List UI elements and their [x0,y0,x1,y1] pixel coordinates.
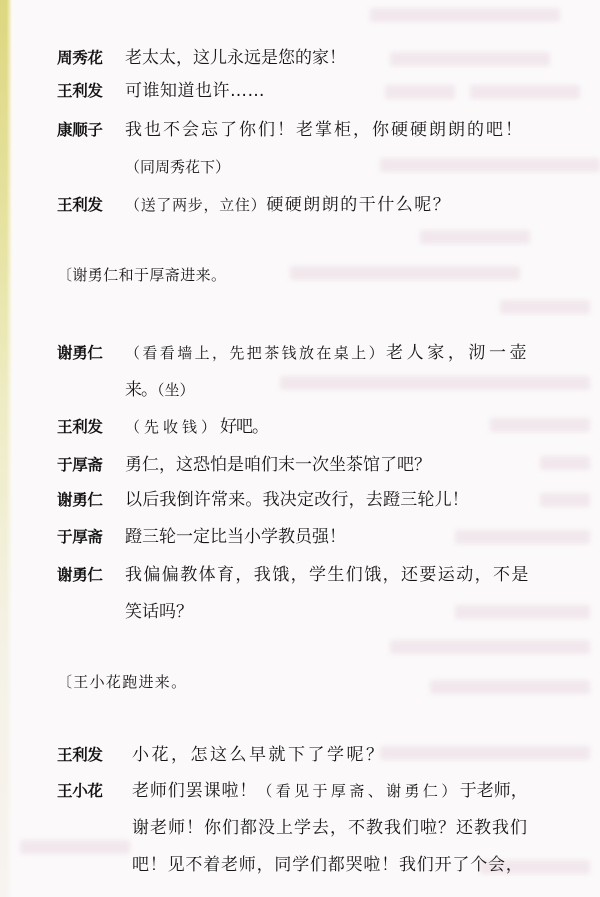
speech-segment: 老人家，沏一壶 [386,343,530,363]
speech-text: 来。（坐） [125,378,195,402]
speaker-name: 于厚斋 [57,453,103,477]
speech-segment: 勇仁，这恐怕是咱们末一次坐茶馆了吧？ [125,455,431,475]
speech-text: （先收钱）好吧。 [125,415,268,439]
speech-segment: 好吧。 [220,417,268,437]
speech-text: （看看墙上，先把茶钱放在桌上）老人家，沏一壶 [125,341,530,365]
stage-direction: 〔谢勇仁和于厚斋进来。 [57,263,226,287]
speech-segment: 笑话吗？ [125,602,193,622]
speech-segment: 硬硬朗朗的干什么呢？ [266,195,451,215]
direction-segment: （先收钱） [125,418,220,436]
speech-text: 勇仁，这恐怕是咱们末一次坐茶馆了吧？ [125,453,431,477]
speaker-name: 王利发 [57,79,103,103]
speech-segment: 我也不会忘了你们！老掌柜，你硬硬朗朗的吧！ [125,120,524,140]
direction-segment: （坐） [157,381,195,399]
direction-segment: （看见于厚斋、谢勇仁） [257,782,459,800]
speech-segment: 老师们罢课啦！ [132,781,257,801]
speaker-name: 谢勇仁 [57,488,103,512]
speech-text: 我也不会忘了你们！老掌柜，你硬硬朗朗的吧！ [125,118,524,142]
direction-segment: （送了两步，立住） [125,196,266,214]
speech-text: 吧！见不着老师，同学们都哭啦！我们开了个会， [132,853,524,877]
speech-text: 可谁知道也许…… [125,79,265,103]
speaker-name: 谢勇仁 [57,563,103,587]
speech-text: （同周秀花下） [125,155,230,179]
speech-segment: 老太太，这儿永远是您的家！ [125,48,346,68]
speaker-name: 王利发 [57,415,103,439]
speech-segment: 以后我倒许常来。我决定改行，去蹬三轮儿！ [125,490,469,510]
speech-segment: 小花，怎这么早就下了学呢？ [132,745,386,765]
speaker-name: 周秀花 [57,46,103,70]
speech-text: 老师们罢课啦！（看见于厚斋、谢勇仁）于老师， [132,779,528,803]
speaker-name: 谢勇仁 [57,341,103,365]
speech-text: 笑话吗？ [125,600,193,624]
speech-text: 以后我倒许常来。我决定改行，去蹬三轮儿！ [125,488,469,512]
speech-segment: 来。 [125,380,157,400]
speech-text: 我偏偏教体育，我饿，学生们饿，还要运动，不是 [125,563,530,587]
speech-segment: 可谁知道也许…… [125,81,265,101]
speech-segment: 蹬三轮一定比当小学教员强！ [125,527,346,547]
page-edge [0,0,12,897]
speech-segment: 我偏偏教体育，我饿，学生们饿，还要运动，不是 [125,565,530,585]
speech-segment: 于老师， [460,781,528,801]
speaker-name: 王利发 [57,743,103,767]
speech-text: 谢老师！你们都没上学去，不教我们啦？还教我们 [132,816,528,840]
direction-segment: （看看墙上，先把茶钱放在桌上） [125,344,386,362]
speaker-name: 康顺子 [57,118,103,142]
speech-segment: 吧！见不着老师，同学们都哭啦！我们开了个会， [132,855,524,875]
speaker-name: 王利发 [57,193,103,217]
speech-text: 小花，怎这么早就下了学呢？ [132,743,386,767]
speech-text: 蹬三轮一定比当小学教员强！ [125,525,346,549]
speaker-name: 王小花 [57,779,103,803]
stage-direction: 〔王小花跑进来。 [57,670,187,694]
speaker-name: 于厚斋 [57,525,103,549]
speech-text: （送了两步，立住）硬硬朗朗的干什么呢？ [125,193,451,217]
direction-segment: （同周秀花下） [125,158,230,176]
speech-text: 老太太，这儿永远是您的家！ [125,46,346,70]
speech-segment: 谢老师！你们都没上学去，不教我们啦？还教我们 [132,818,528,838]
